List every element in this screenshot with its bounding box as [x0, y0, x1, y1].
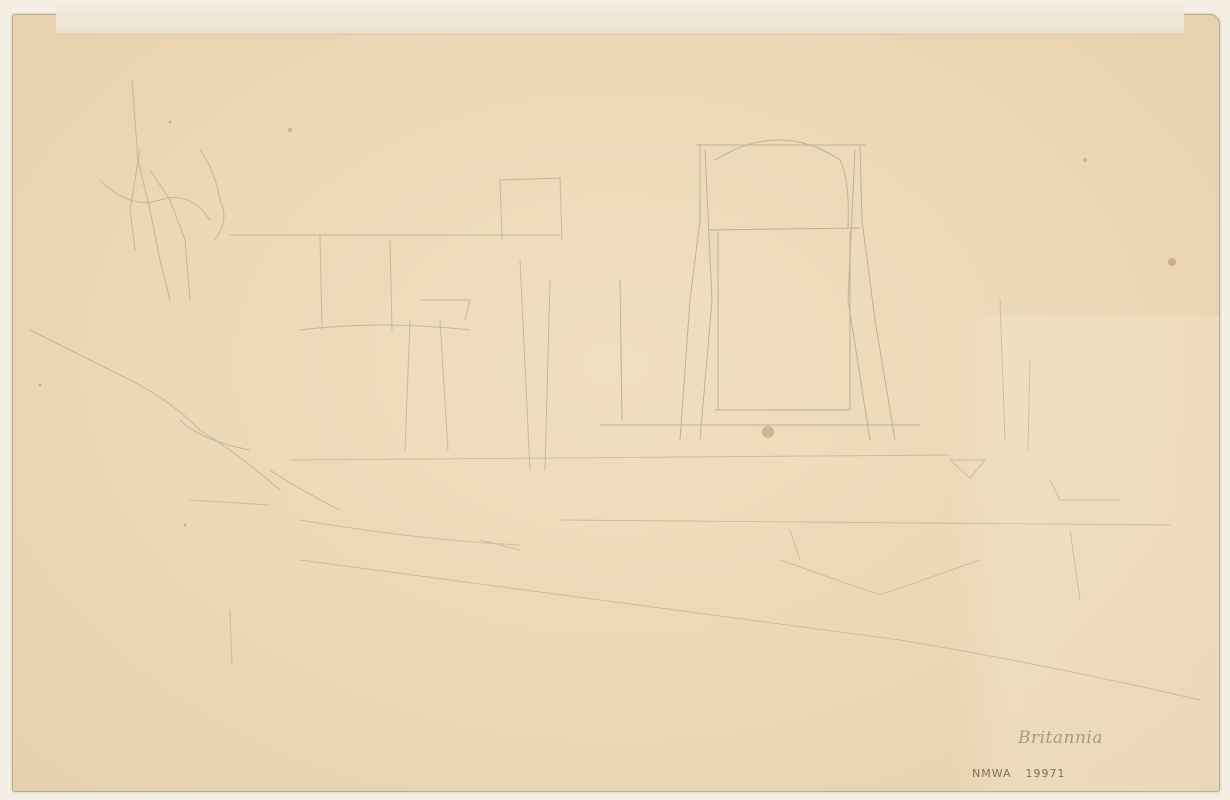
- sketch-tower: [600, 140, 920, 440]
- accession-digits: 19971: [1026, 767, 1066, 780]
- foxing-spots: [39, 121, 1177, 527]
- accession-number: NMWA19971: [972, 767, 1066, 780]
- sketch-building-left: [230, 178, 562, 470]
- accession-prefix: NMWA: [972, 767, 1012, 780]
- title-inscription: Britannia: [1018, 728, 1103, 748]
- pencil-sketch: [0, 0, 1230, 800]
- sketch-trees-left: [30, 80, 340, 510]
- sketch-water: [190, 300, 1200, 700]
